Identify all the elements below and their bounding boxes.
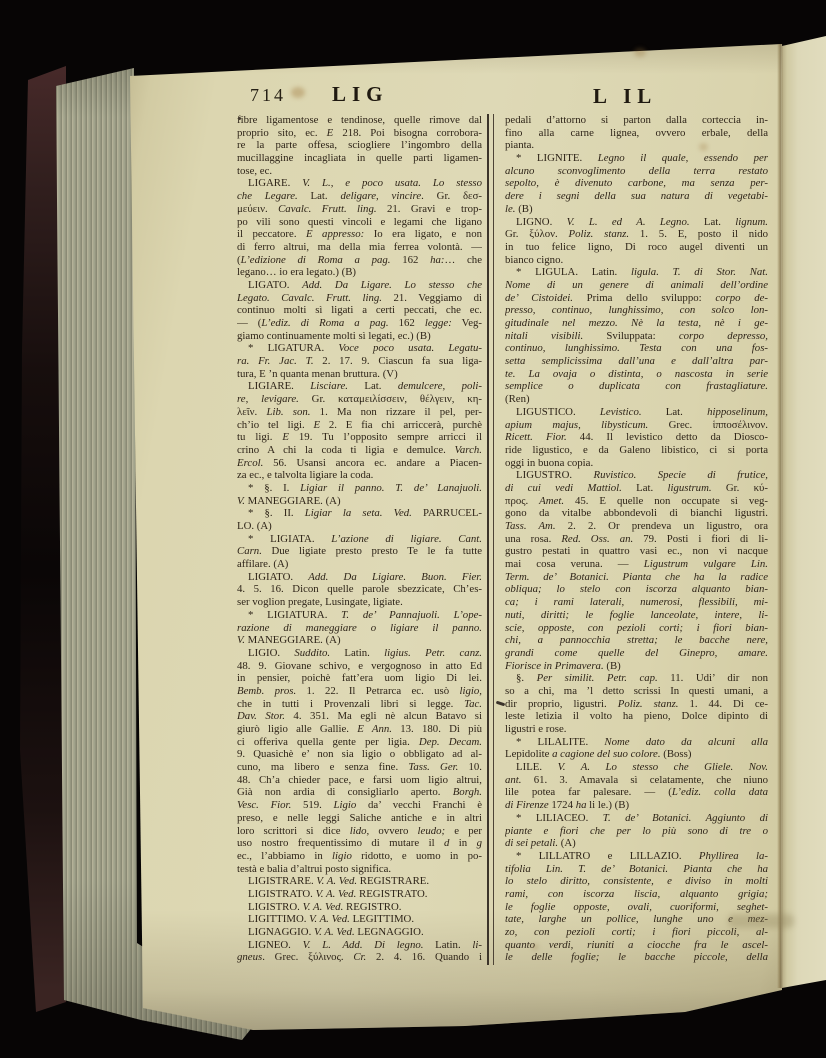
adjacent-page-edge <box>780 36 826 988</box>
gutter-crease <box>777 44 783 988</box>
text-line: ec., l’abbiamo in ligio ridotto, e uomo … <box>237 850 482 863</box>
foxing-spot <box>699 143 708 151</box>
text-line: che Legare. Lat. deligare, vincire. Gr. … <box>237 190 482 203</box>
text-line: LIGISTRATO. V. A. Ved. REGISTRATO. <box>237 888 482 901</box>
text-line: * LILIACEO. T. de’ Botanici. Aggiunto di <box>505 812 768 825</box>
divider-rule-thick <box>487 114 489 965</box>
text-line: di cui vedi Mattiol. Lat. ligustrum. Gr.… <box>505 482 768 495</box>
text-line: bianco cigno. <box>505 254 768 267</box>
text-line: pedali d’attorno si parton dalla cortecc… <box>505 114 768 127</box>
text-line: Gr. ξύλον. Poliz. stanz. 1. 5. E, posto … <box>505 228 768 241</box>
text-line: re la parte offesa, sciogliere l’ingombr… <box>237 139 482 152</box>
text-line: LIGISTRO. V. A. Ved. REGISTRO. <box>237 901 482 914</box>
text-line: LIGISTRARE. V. A. Ved. REGISTRARE. <box>237 875 482 888</box>
text-line: grandi come quelle del Ginepro, amare. <box>505 647 768 660</box>
text-line: continuo molti sì ligati a certi peccati… <box>237 304 482 317</box>
text-line: Lepidolite a cagione del suo colore. (Bo… <box>505 748 768 761</box>
text-line: una rosa. Red. Oss. an. 79. Posti i fior… <box>505 533 768 546</box>
text-line: tu ligi. E 19. Tu l’opposito sempre arri… <box>237 431 482 444</box>
text-line: Tass. Am. 2. 2. Or prendeva un ligustro,… <box>505 520 768 533</box>
text-line: LO. (A) <box>237 520 482 533</box>
text-line: proprio sito, ec. E 218. Poi bisogna cor… <box>237 127 482 140</box>
text-line: lo stelo diritto, consistente, e diviso … <box>505 875 768 888</box>
text-line: nitali visibili. Sviluppata: corpo depre… <box>505 330 768 343</box>
column-divider <box>487 114 497 965</box>
text-line: ch’io tel ligi. E 2. E fia chi arriccerà… <box>237 419 482 432</box>
text-line: loro scrittori si dice lido, ovvero leud… <box>237 825 482 838</box>
text-line: leste letizia il volto ha pieno, Dolce d… <box>505 710 768 723</box>
text-line: le delle foglie; le bacche piccole, dell… <box>505 951 768 964</box>
text-line: obliqua; lo stelo con iscorza alquanto b… <box>505 583 768 596</box>
text-line: Ricett. Fior. 44. Il levistico detto da … <box>505 431 768 444</box>
divider-rule-thin <box>493 114 494 965</box>
text-line: LIGNO. V. L. ed A. Legno. Lat. lignum. <box>505 216 768 229</box>
text-line: προς. Amet. 45. E quelle non occupate si… <box>505 495 768 508</box>
text-line: LIGNEO. V. L. Add. Di legno. Latin. li- <box>237 939 482 952</box>
text-line: sepolto, è divenuto carbone, ma senza pe… <box>505 177 768 190</box>
text-line: crino A chi la coda ti ligia e demulce. … <box>237 444 482 457</box>
text-line: presso, continuo, lunghissimo, con solco… <box>505 304 768 317</box>
text-line: te. La ovaja o distinta, o nascosta in s… <box>505 368 768 381</box>
text-line: continuo, lunghissimo. Testa con una fos… <box>505 342 768 355</box>
running-head-left: LIG <box>332 82 389 107</box>
ink-speck <box>238 117 241 120</box>
text-line: * LIGATURA. Voce poco usata. Legatu- <box>237 342 482 355</box>
text-line: ser voglion pregate, Lusingate, ligiate. <box>237 596 482 609</box>
text-line: Nome di un genere di animali dell’ordine <box>505 279 768 292</box>
text-line: apium majus, libysticum. Grec. ἱπποσέλιν… <box>505 419 768 432</box>
text-line: in pensier, poichè fatt’era uom ligio Di… <box>237 672 482 685</box>
text-line: scie, opposte, con pezioli corti; i fior… <box>505 622 768 635</box>
text-line: testà e balia d’altrui posto significa. <box>237 863 482 876</box>
running-head-right: L IL <box>593 84 657 109</box>
text-line: ride ligustico, e da Galeno libistico, c… <box>505 444 768 457</box>
text-line: — (L’ediz. di Roma a pag. 162 legge: Veg… <box>237 317 482 330</box>
text-line: LIGIO. Suddito. Latin. ligius. Petr. can… <box>237 647 482 660</box>
text-line: LILE. V. A. Lo stesso che Gliele. Nov. <box>505 761 768 774</box>
text-line: LIGUSTICO. Levistico. Lat. hipposelinum, <box>505 406 768 419</box>
foxing-spot <box>531 944 539 950</box>
text-line: Già non ardia di consigliarlo aperto. Bo… <box>237 786 482 799</box>
text-line: che in tutti i Provenzali libri si legge… <box>237 698 482 711</box>
text-line: 9. Quasichè e’ non sia ligio o obbligato… <box>237 748 482 761</box>
text-line: chi, a pannocchia stretta; le bacche ner… <box>505 634 768 647</box>
text-line: LIGUSTRO. Ruvistico. Specie di frutice, <box>505 469 768 482</box>
text-line: * LILLATRO e LILLAZIO. Phyllirea la- <box>505 850 768 863</box>
text-line: tifolia Lin. T. de’ Botanici. Pianta che… <box>505 863 768 876</box>
text-line: gneus. Grec. ξύλινος. Cr. 2. 4. 16. Quan… <box>237 951 482 964</box>
text-line: ligustri e rose. <box>505 723 768 736</box>
text-line: alcuno sconvoglimento della terra restat… <box>505 165 768 178</box>
column-left: fibre ligamentose e tendinose, quelle ri… <box>237 114 482 964</box>
text-line: gustro pestati in quattro vasi ec., non … <box>505 545 768 558</box>
text-line: tura, E ’n quanta menan bruttura. (V) <box>237 368 482 381</box>
text-line: fibre ligamentose e tendinose, quelle ri… <box>237 114 482 127</box>
text-line: za ec., e talvolta ligiare la coda. <box>237 469 482 482</box>
text-line: cuno, ma libero e senza fine. Tass. Ger.… <box>237 761 482 774</box>
text-line: legano… io era legato.) (B) <box>237 266 482 279</box>
book-scan: 714 LIG L IL fibre ligamentose e tendino… <box>0 0 826 1058</box>
text-line: * §. II. Ligiar la seta. Ved. PARRUCEL- <box>237 507 482 520</box>
text-line: * LIGULA. Latin. ligula. T. di Stor. Nat… <box>505 266 768 279</box>
text-line: Carn. Due ligiate presto presto Te le fa… <box>237 545 482 558</box>
text-line: so a chi, ma ’l detto scrissi In questi … <box>505 685 768 698</box>
text-line: LIGIARE. Lisciare. Lat. demulcere, poli- <box>237 380 482 393</box>
text-line: mucillaggine incagliata in quelle parti … <box>237 152 482 165</box>
text-line: ca; i rami laterali, numerosi, flessibil… <box>505 596 768 609</box>
text-line: Legato. Cavalc. Frutt. ling. 21. Veggiam… <box>237 292 482 305</box>
text-line: 48. 9. Giovane schivo, e vergognoso in a… <box>237 660 482 673</box>
text-line: ant. 61. 3. Amavala sì celatamente, che … <box>505 774 768 787</box>
text-line: razione di maneggiare o ligiare il panno… <box>237 622 482 635</box>
text-line: zo, con pezioli corti; i fiori piccoli, … <box>505 926 768 939</box>
text-line: LIGIATO. Add. Da Ligiare. Buon. Fier. <box>237 571 482 584</box>
text-line: de’ Cistoidei. Prima dello sviluppo: cor… <box>505 292 768 305</box>
text-line: LIGATO. Add. Da Ligare. Lo stesso che <box>237 279 482 292</box>
text-line: Vesc. Fior. 519. Ligio da’ vecchi Franch… <box>237 799 482 812</box>
page-number: 714 <box>250 85 286 106</box>
text-line: (L’edizione di Roma a pag. 162 ha:… che <box>237 254 482 267</box>
text-line: Term. de’ Botanici. Pianta che ha la rad… <box>505 571 768 584</box>
text-line: in tuo felice ligno, Di roco augel diven… <box>505 241 768 254</box>
text-line: * LIGIATA. L’azione di ligiare. Cant. <box>237 533 482 546</box>
text-line: V. MANEGGIARE. (A) <box>237 634 482 647</box>
text-line: * LILALITE. Nome dato da alcuni alla <box>505 736 768 749</box>
text-line: 48. Ch’a chieder pace, e farsi uom ligio… <box>237 774 482 787</box>
text-line: Ercol. 56. Usansi ancora ec. andare a Pi… <box>237 457 482 470</box>
text-line: Fiorisce in Primavera. (B) <box>505 660 768 673</box>
foxing-spot <box>634 48 646 57</box>
text-line: le. (B) <box>505 203 768 216</box>
text-line: giurò ligio alle Gallie. E Ann. 13. 180.… <box>237 723 482 736</box>
text-line: di ferro altrui, ma della mia ferrea vol… <box>237 241 482 254</box>
text-line: quanto verdi, riuniti a ciocche fra le a… <box>505 939 768 952</box>
foxing-spot <box>291 87 305 98</box>
text-line: preso, e nelle leggi Saliche antiche e i… <box>237 812 482 825</box>
text-line: ra. Fr. Jac. T. 2. 17. 9. Ciascun fa sua… <box>237 355 482 368</box>
text-line: le foglie opposte, ovali, cuoriformi, se… <box>505 901 768 914</box>
text-line: semplice o duplicata con frastagliature. <box>505 380 768 393</box>
text-line: di Firenze 1724 ha li le.) (B) <box>505 799 768 812</box>
text-line: 4. 5. 16. Dicon quelle parole sbezzicate… <box>237 583 482 596</box>
text-line: uso nostro frequentissimo di mutare il d… <box>237 837 482 850</box>
text-line: gitudinale nel mezzo. Nè la testa, nè i … <box>505 317 768 330</box>
text-line: lile potea far palesare. — (L’ediz. coll… <box>505 786 768 799</box>
text-line: rami, con iscorza liscia, alquanto grigi… <box>505 888 768 901</box>
text-line: giamo continuamente molti sì legati, ec.… <box>237 330 482 343</box>
text-line: re, levigare. Gr. καταμειλίσσειν, θέλγει… <box>237 393 482 406</box>
text-line: gono da vitalbe abbondevoli di bianchi l… <box>505 507 768 520</box>
text-line: piante e fiori che per lo più sono di tr… <box>505 825 768 838</box>
text-line: dir proprio, ligustri. Poliz. stanz. 1. … <box>505 698 768 711</box>
text-line: pianta. <box>505 139 768 152</box>
text-line: * §. I. Ligiar il panno. T. de’ Lanajuol… <box>237 482 482 495</box>
text-line: §. Per similit. Petr. cap. 11. Udi’ dir … <box>505 672 768 685</box>
text-line: LIGITTIMO. V. A. Ved. LEGITTIMO. <box>237 913 482 926</box>
text-line: Bemb. pros. 1. 22. Il Petrarca ec. usò l… <box>237 685 482 698</box>
text-line: oggi in buona copia. <box>505 457 768 470</box>
text-line: Dav. Stor. 4. 351. Ma egli nè alcun Bata… <box>237 710 482 723</box>
text-line: LIGNAGGIO. V. A. Ved. LEGNAGGIO. <box>237 926 482 939</box>
text-line: tose, ec. <box>237 165 482 178</box>
text-line: * LIGIATURA. T. de’ Pannajuoli. L’ope- <box>237 609 482 622</box>
text-line: po vili sono questi vincoli e legami che… <box>237 216 482 229</box>
text-line: nuti, diritti; le foglie lanceolate, int… <box>505 609 768 622</box>
text-line: λεῖν. Lib. son. 1. Ma non rizzare il pel… <box>237 406 482 419</box>
text-line: setta semplicissima dall’una e dall’altr… <box>505 355 768 368</box>
text-line: * LIGNITE. Legno il quale, essendo per <box>505 152 768 165</box>
text-line: LIGARE. V. L., e poco usata. Lo stesso <box>237 177 482 190</box>
text-line: mai cosa veruna. — Ligustrum vulgare Lin… <box>505 558 768 571</box>
text-line: ci offeriva quella gente per ligia. Dep.… <box>237 736 482 749</box>
bleedthrough-smudge <box>728 914 794 928</box>
text-line: il peccatore. E appresso: Io era ligato,… <box>237 228 482 241</box>
text-line: V. MANEGGIARE. (A) <box>237 495 482 508</box>
text-line: affilare. (A) <box>237 558 482 571</box>
text-line: di sei petali. (A) <box>505 837 768 850</box>
text-line: (Ren) <box>505 393 768 406</box>
column-right: pedali d’attorno si parton dalla cortecc… <box>505 114 768 964</box>
text-line: fino alla carne lignea, ovvero erbale, d… <box>505 127 768 140</box>
text-line: μεύειν. Cavalc. Frutt. ling. 21. Gravi e… <box>237 203 482 216</box>
text-line: dere i segni della sua natura di vegetab… <box>505 190 768 203</box>
